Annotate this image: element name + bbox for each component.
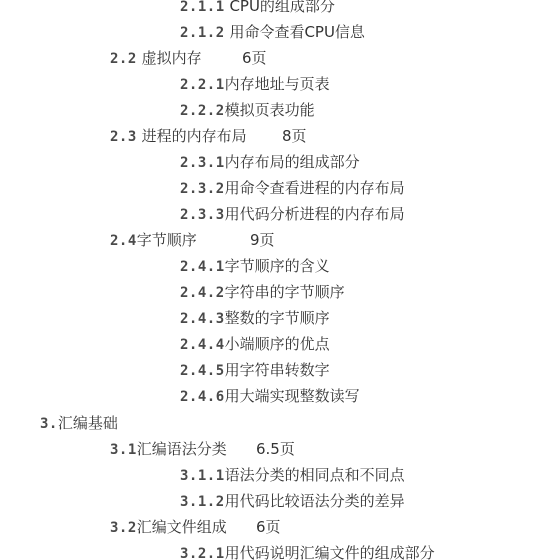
section-title: 语法分类的相同点和不同点 <box>225 466 405 484</box>
toc-entry-2-1-1: 2.1.1 CPU的组成部分 <box>180 0 335 16</box>
section-title: 整数的字节顺序 <box>225 309 330 327</box>
toc-entry-3: 3.汇编基础 <box>40 413 118 433</box>
toc-entry-3-1-2: 3.1.2用代码比较语法分类的差异 <box>180 491 405 511</box>
toc-entry-2-4-6: 2.4.6用大端实现整数读写 <box>180 386 360 406</box>
toc-entry-3-1-1: 3.1.1语法分类的相同点和不同点 <box>180 465 405 485</box>
section-number: 2.4.4 <box>180 337 225 353</box>
toc-entry-2-1-2: 2.1.2 用命令查看CPU信息 <box>180 22 365 42</box>
section-number: 2.2 <box>110 51 137 67</box>
section-number: 3.2.1 <box>180 546 225 560</box>
page-count: 6.5页 <box>256 439 295 459</box>
toc-entry-2-3: 2.3 进程的内存布局 8页 <box>110 126 247 146</box>
section-title: 虚拟内存 <box>142 49 202 67</box>
toc-entry-2-4-4: 2.4.4小端顺序的优点 <box>180 334 330 354</box>
section-title: 用字符串转数字 <box>225 361 330 379</box>
toc-entry-2-3-2: 2.3.2用命令查看进程的内存布局 <box>180 178 405 198</box>
section-number: 3.2 <box>110 520 137 536</box>
toc-entry-2-4-3: 2.4.3整数的字节顺序 <box>180 308 330 328</box>
section-title: 用命令查看进程的内存布局 <box>225 179 405 197</box>
section-number: 2.4.5 <box>180 363 225 379</box>
section-title: 内存布局的组成部分 <box>225 153 360 171</box>
section-number: 3.1.2 <box>180 494 225 510</box>
toc-entry-3-2: 3.2汇编文件组成 6页 <box>110 517 227 537</box>
section-number: 2.3.1 <box>180 155 225 171</box>
table-of-contents: 2.1.1 CPU的组成部分 2.1.2 用命令查看CPU信息 2.2 虚拟内存… <box>0 0 560 560</box>
section-title: 汇编文件组成 <box>137 518 227 536</box>
section-number: 2.3.2 <box>180 181 225 197</box>
section-title: 字符串的字节顺序 <box>225 283 345 301</box>
toc-entry-2-4-1: 2.4.1字节顺序的含义 <box>180 256 330 276</box>
section-title: 进程的内存布局 <box>142 127 247 145</box>
section-number: 2.4.3 <box>180 311 225 327</box>
section-title: 用大端实现整数读写 <box>225 387 360 405</box>
section-number: 2.1.2 <box>180 25 225 41</box>
section-title: 用代码分析进程的内存布局 <box>225 205 405 223</box>
section-number: 3.1 <box>110 442 137 458</box>
toc-entry-2-4: 2.4字节顺序 9页 <box>110 230 197 250</box>
section-number: 2.4 <box>110 233 137 249</box>
section-number: 2.3 <box>110 129 137 145</box>
section-title: 内存地址与页表 <box>225 75 330 93</box>
section-title: CPU的组成部分 <box>229 0 335 15</box>
section-title: 用命令查看CPU信息 <box>229 23 365 41</box>
section-title: 小端顺序的优点 <box>225 335 330 353</box>
section-number: 2.4.1 <box>180 259 225 275</box>
section-title: 字节顺序 <box>137 231 197 249</box>
toc-entry-2-2: 2.2 虚拟内存 6页 <box>110 48 202 68</box>
toc-entry-2-4-5: 2.4.5用字符串转数字 <box>180 360 330 380</box>
toc-entry-3-1: 3.1汇编语法分类 6.5页 <box>110 439 227 459</box>
section-number: 2.2.1 <box>180 77 225 93</box>
toc-entry-2-3-3: 2.3.3用代码分析进程的内存布局 <box>180 204 405 224</box>
page-count: 6页 <box>256 517 281 537</box>
section-number: 3.1.1 <box>180 468 225 484</box>
page-count: 6页 <box>242 48 267 68</box>
section-title: 汇编语法分类 <box>137 440 227 458</box>
section-title: 字节顺序的含义 <box>225 257 330 275</box>
section-title: 用代码比较语法分类的差异 <box>225 492 405 510</box>
section-number: 2.3.3 <box>180 207 225 223</box>
page-count: 8页 <box>282 126 307 146</box>
toc-entry-2-2-1: 2.2.1内存地址与页表 <box>180 74 330 94</box>
section-number: 2.4.2 <box>180 285 225 301</box>
toc-entry-2-3-1: 2.3.1内存布局的组成部分 <box>180 152 360 172</box>
section-title: 模拟页表功能 <box>225 101 315 119</box>
section-number: 2.2.2 <box>180 103 225 119</box>
toc-entry-2-2-2: 2.2.2模拟页表功能 <box>180 100 315 120</box>
section-number: 3. <box>40 416 58 432</box>
section-title: 用代码说明汇编文件的组成部分 <box>225 544 435 560</box>
section-number: 2.4.6 <box>180 389 225 405</box>
page-count: 9页 <box>250 230 275 250</box>
section-title: 汇编基础 <box>58 414 118 432</box>
section-number: 2.1.1 <box>180 0 225 15</box>
toc-entry-2-4-2: 2.4.2字符串的字节顺序 <box>180 282 345 302</box>
toc-entry-3-2-1: 3.2.1用代码说明汇编文件的组成部分 <box>180 543 435 560</box>
